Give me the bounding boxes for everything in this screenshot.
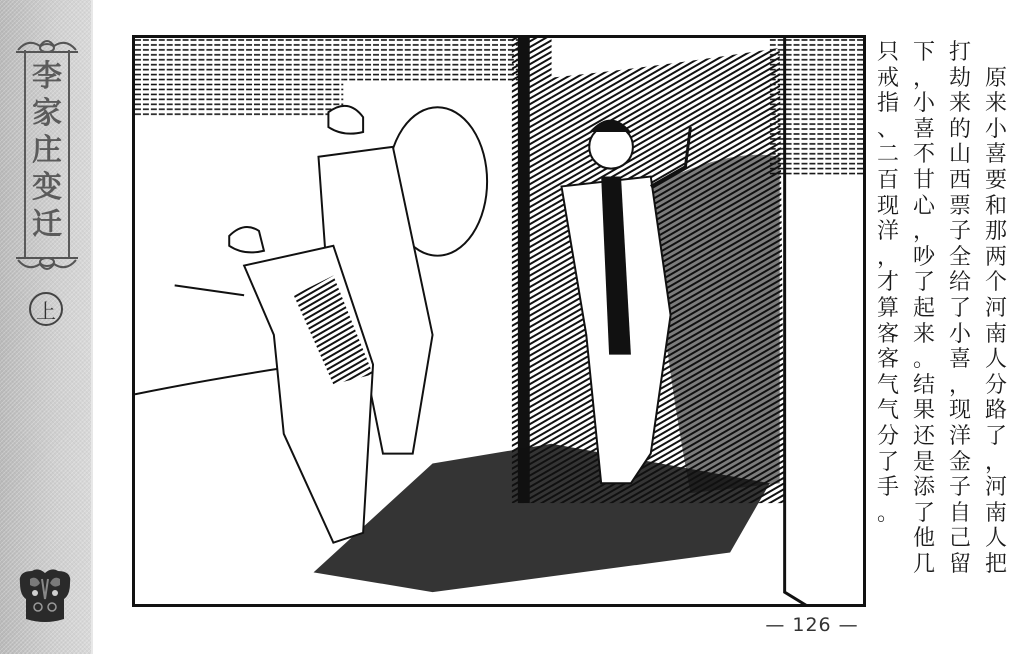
ornament-bottom-icon	[14, 256, 80, 274]
title-frame: 李家庄变迁	[24, 50, 70, 258]
title-char: 迁	[32, 206, 62, 243]
opera-mask-emblem-icon	[14, 565, 76, 625]
volume-badge: 上	[29, 292, 63, 326]
page-number: — 126 —	[752, 614, 872, 636]
title-char: 李	[32, 58, 62, 95]
book-title: 李家庄变迁	[26, 58, 68, 243]
title-char: 家	[32, 95, 62, 132]
caption-column: 打劫来的山西票子全给了小喜，现洋金子自己留	[944, 40, 976, 560]
illustration-drawing	[135, 38, 863, 604]
caption-text: 原来小喜要和那两个河南人分路了，河南人把打劫来的山西票子全给了小喜，现洋金子自己…	[872, 40, 1012, 560]
title-char: 庄	[32, 132, 62, 169]
title-strip: 李家庄变迁 上	[0, 0, 93, 654]
comic-panel-illustration	[132, 35, 866, 607]
caption-column: 下，小喜不甘心，吵了起来。结果还是添了他几	[908, 40, 940, 560]
caption-column: 原来小喜要和那两个河南人分路了，河南人把	[980, 40, 1012, 560]
caption-column: 只戒指、二百现洋，才算客客气气分了手。	[872, 40, 904, 560]
title-char: 变	[32, 169, 62, 206]
